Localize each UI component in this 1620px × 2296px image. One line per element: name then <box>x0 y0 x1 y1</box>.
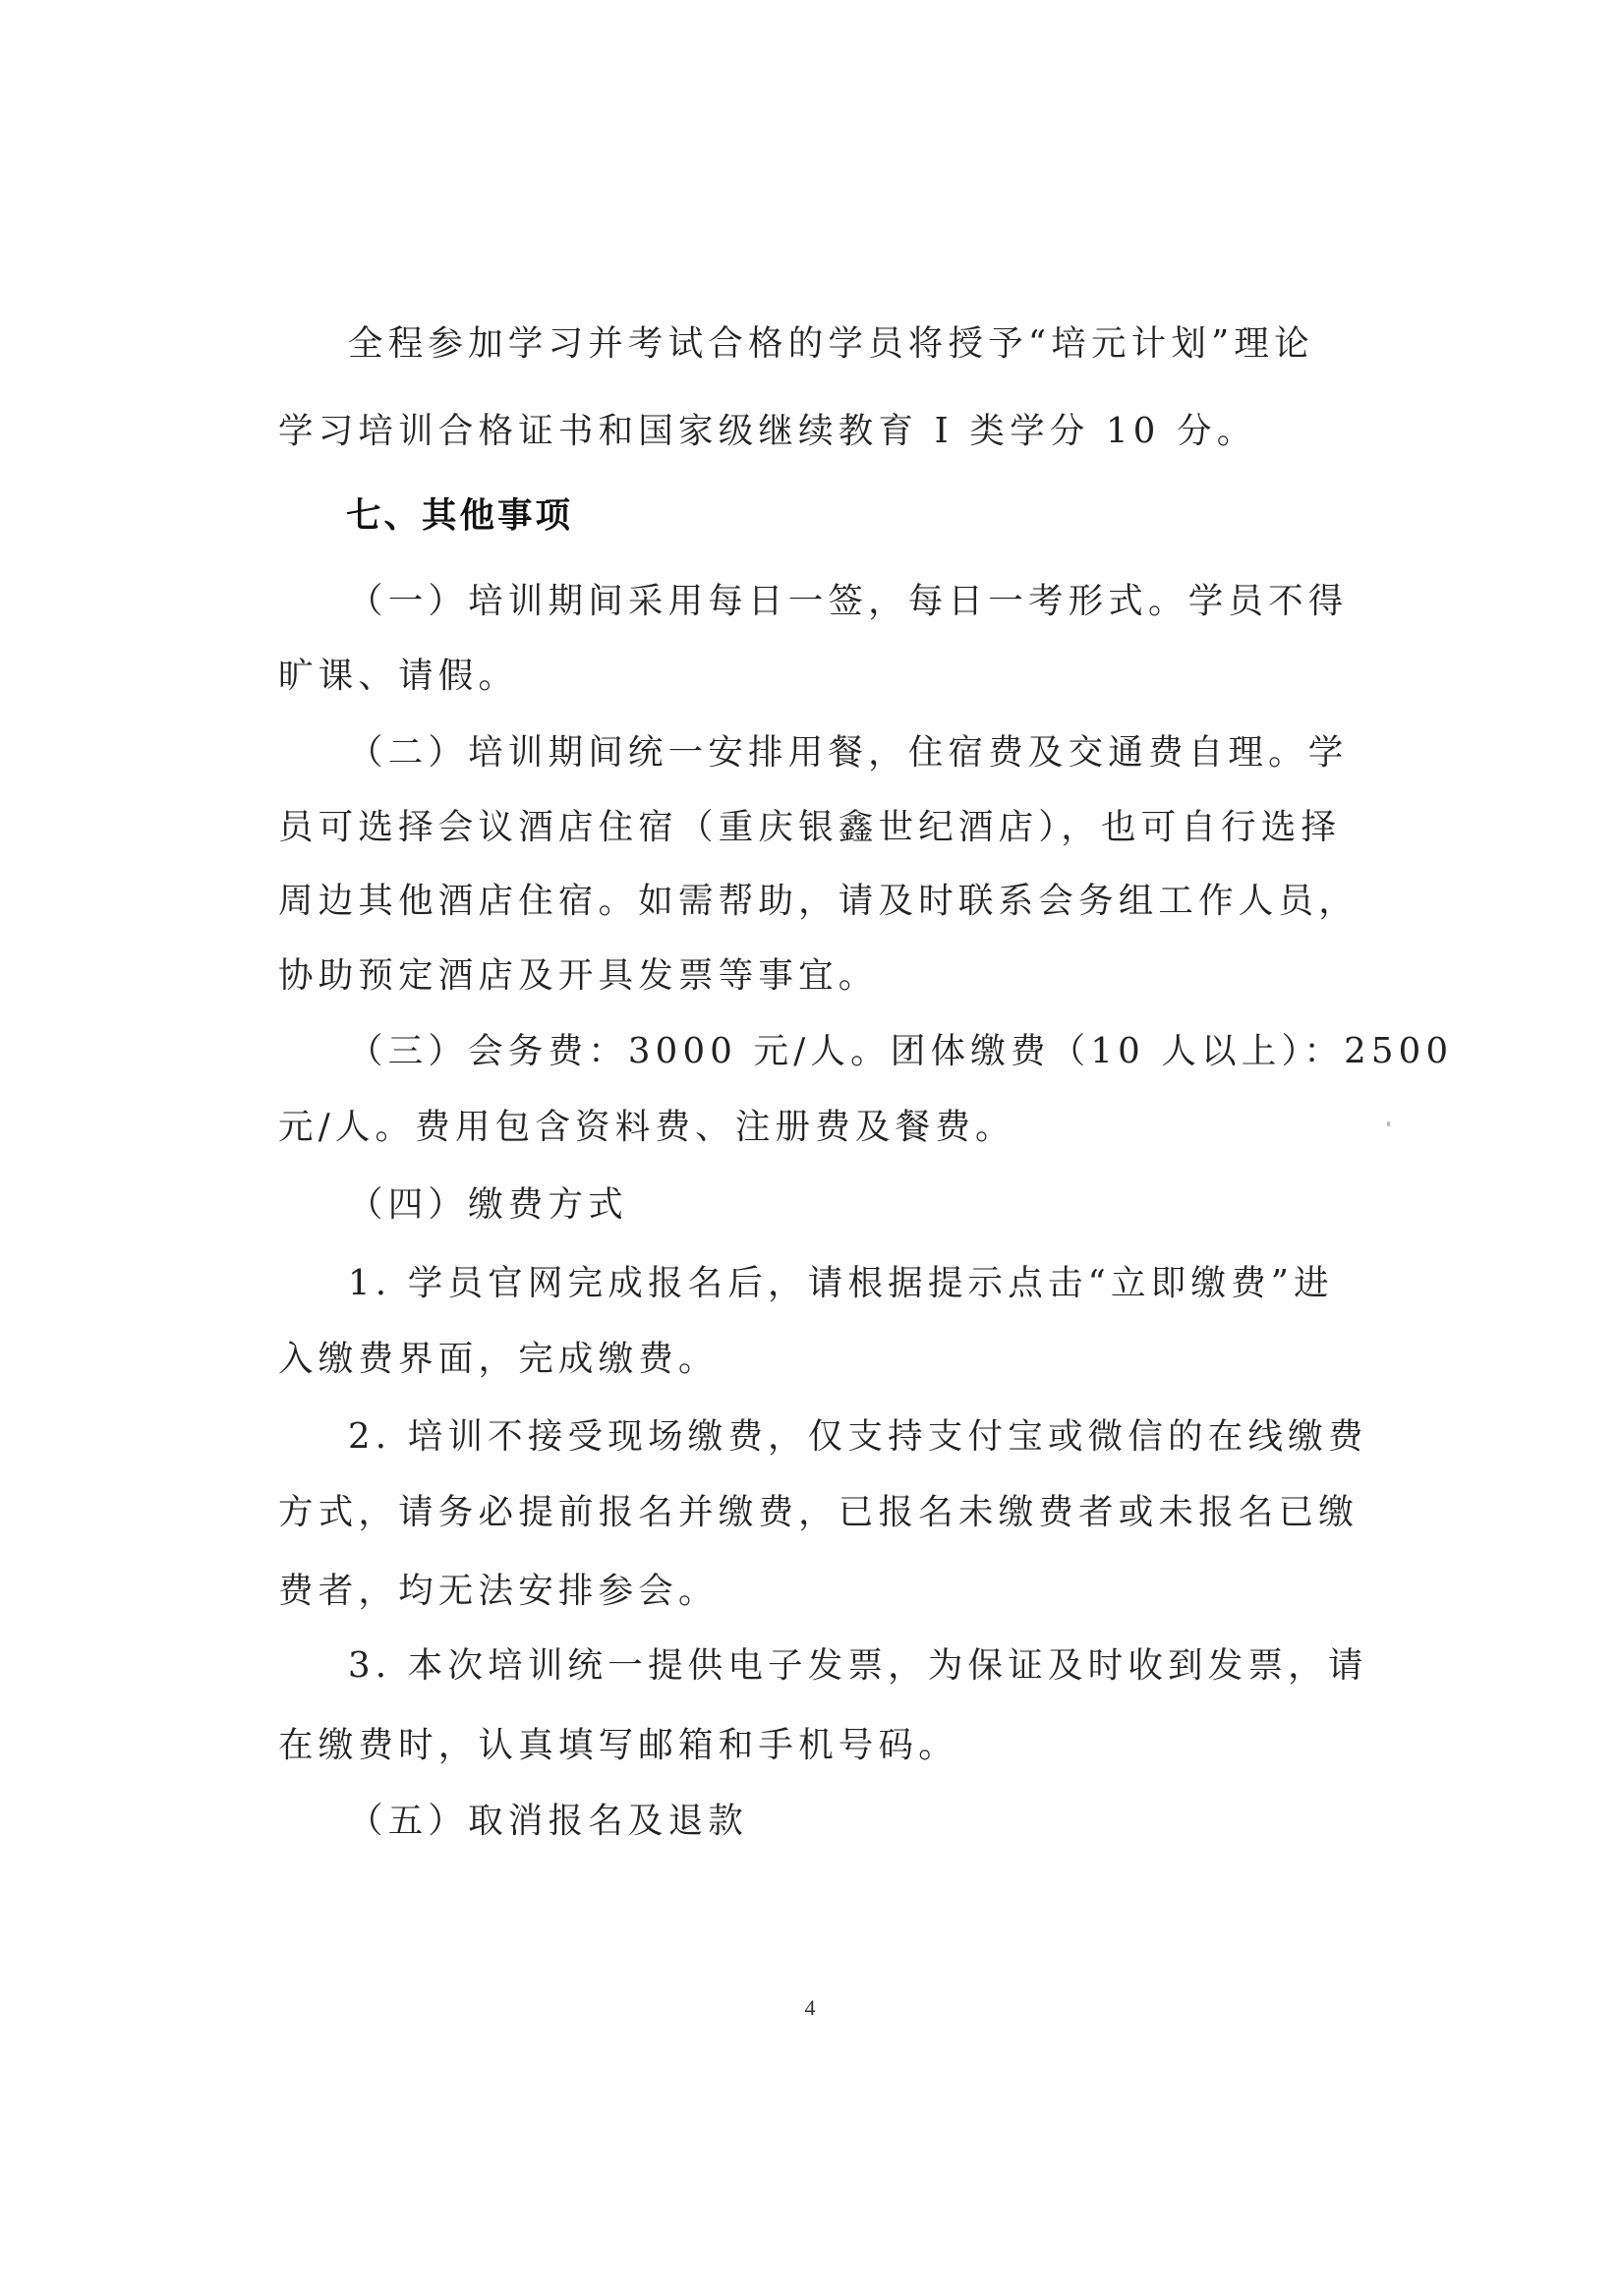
page-number: 4 <box>0 1995 1620 2021</box>
item-4-1-line-2: 入缴费界面，完成缴费。 <box>278 1330 1360 1389</box>
item-5-heading: （五）取消报名及退款 <box>348 1792 1429 1851</box>
paragraph-certificate-line-1: 全程参加学习并考试合格的学员将授予“培元计划”理论 <box>348 315 1429 373</box>
item-3-line-2: 元/人。费用包含资料费、注册费及餐费。 <box>278 1098 1360 1157</box>
section-heading-other-matters: 七、其他事项 <box>346 487 1427 545</box>
item-4-3-line-1: 3. 本次培训统一提供电子发票，为保证及时收到发票，请 <box>348 1636 1429 1695</box>
item-1-line-1: （一）培训期间采用每日一签，每日一考形式。学员不得 <box>348 572 1429 631</box>
item-4-2-line-1: 2. 培训不接受现场缴费，仅支持支付宝或微信的在线缴费 <box>348 1407 1429 1466</box>
document-page: 全程参加学习并考试合格的学员将授予“培元计划”理论 学习培训合格证书和国家级继续… <box>0 0 1620 2296</box>
item-4-heading: （四）缴费方式 <box>348 1176 1429 1234</box>
item-2-line-4: 协助预定酒店及开具发票等事宜。 <box>278 947 1360 1005</box>
item-4-3-line-2: 在缴费时，认真填写邮箱和手机号码。 <box>278 1716 1360 1775</box>
paragraph-certificate-line-2: 学习培训合格证书和国家级继续教育 I 类学分 10 分。 <box>278 402 1360 461</box>
item-2-line-2: 员可选择会议酒店住宿（重庆银鑫世纪酒店），也可自行选择 <box>278 798 1360 857</box>
scan-speck <box>1387 1121 1390 1126</box>
item-3-line-1: （三）会务费：3000 元/人。团体缴费（10 人以上）：2500 <box>348 1022 1429 1081</box>
item-4-2-line-2: 方式，请务必提前报名并缴费，已报名未缴费者或未报名已缴 <box>278 1483 1360 1542</box>
item-4-2-line-3: 费者，均无法安排参会。 <box>278 1562 1360 1621</box>
item-4-1-line-1: 1. 学员官网完成报名后，请根据提示点击“立即缴费”进 <box>348 1254 1429 1313</box>
item-2-line-1: （二）培训期间统一安排用餐，住宿费及交通费自理。学 <box>348 723 1429 782</box>
item-1-line-2: 旷课、请假。 <box>278 647 1360 706</box>
item-2-line-3: 周边其他酒店住宿。如需帮助，请及时联系会务组工作人员， <box>278 872 1360 931</box>
